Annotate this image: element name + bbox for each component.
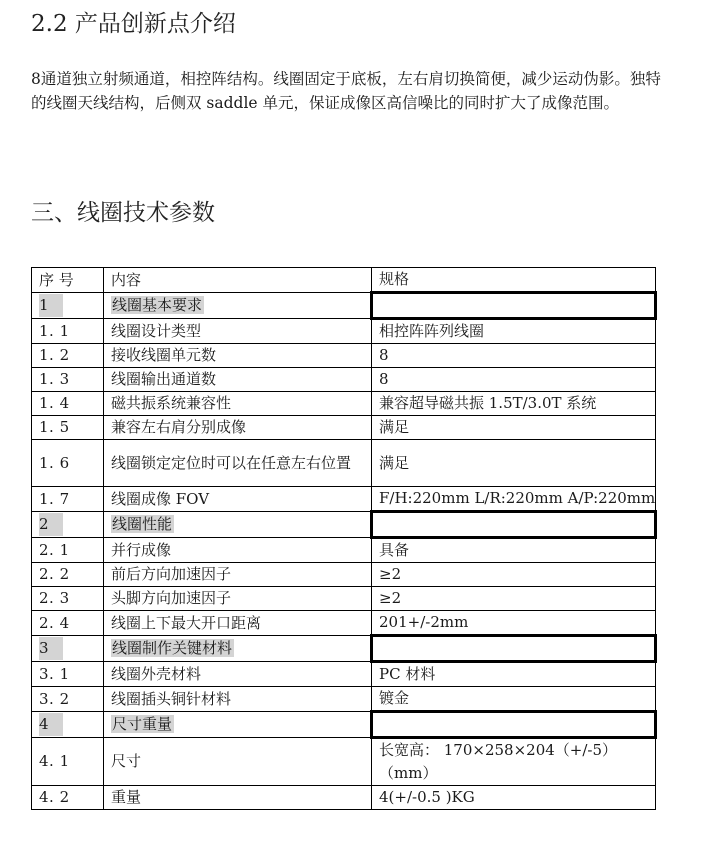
table-row: 3. 1 线圈外壳材料 PC 材料 — [32, 662, 656, 687]
section-title-2-2: 2.2 产品创新点介绍 — [31, 8, 236, 40]
row-content: 线圈上下最大开口距离 — [104, 611, 372, 636]
row-no: 1. 2 — [32, 344, 104, 368]
table-row: 1. 5 兼容左右肩分别成像 满足 — [32, 416, 656, 440]
row-content: 重量 — [104, 786, 372, 810]
table-row: 2. 4 线圈上下最大开口距离 201+/-2mm — [32, 611, 656, 636]
innovation-paragraph: 8通道独立射频通道，相控阵结构。线圈固定于底板，左右肩切换简便，减少运动伪影。独… — [31, 67, 661, 115]
row-spec — [372, 712, 656, 738]
row-content: 尺寸重量 — [104, 712, 372, 738]
row-no: 3. 1 — [32, 662, 104, 687]
header-content: 内容 — [104, 268, 372, 293]
row-spec — [372, 512, 656, 538]
row-no: 1. 3 — [32, 368, 104, 392]
row-no: 1. 6 — [32, 440, 104, 487]
row-no: 1. 5 — [32, 416, 104, 440]
row-content: 线圈成像 FOV — [104, 487, 372, 512]
row-no: 3 — [32, 636, 104, 662]
row-no: 2. 3 — [32, 587, 104, 611]
row-no: 1. 7 — [32, 487, 104, 512]
row-content: 线圈锁定定位时可以在任意左右位置 — [104, 440, 372, 487]
row-content: 线圈输出通道数 — [104, 368, 372, 392]
row-content: 线圈基本要求 — [104, 293, 372, 319]
row-spec: PC 材料 — [372, 662, 656, 687]
header-no: 序 号 — [32, 268, 104, 293]
row-spec: 8 — [372, 344, 656, 368]
row-spec — [372, 636, 656, 662]
table-row: 2. 1 并行成像 具备 — [32, 538, 656, 563]
row-no: 1. 1 — [32, 319, 104, 344]
row-content: 磁共振系统兼容性 — [104, 392, 372, 416]
row-spec: 4(+/-0.5 )KG — [372, 786, 656, 810]
row-spec: ≥2 — [372, 587, 656, 611]
row-spec: 8 — [372, 368, 656, 392]
row-no: 2. 2 — [32, 563, 104, 587]
table-section-row: 3 线圈制作关键材料 — [32, 636, 656, 662]
table-row: 1. 2 接收线圈单元数 8 — [32, 344, 656, 368]
row-spec: 长宽高： 170×258×204（+/-5）（mm） — [372, 738, 656, 786]
table-row: 1. 6 线圈锁定定位时可以在任意左右位置 满足 — [32, 440, 656, 487]
row-spec: 镀金 — [372, 687, 656, 712]
row-no: 1. 4 — [32, 392, 104, 416]
row-no: 4 — [32, 712, 104, 738]
row-no: 2. 4 — [32, 611, 104, 636]
row-no: 4. 2 — [32, 786, 104, 810]
row-content: 并行成像 — [104, 538, 372, 563]
table-row: 4. 2 重量 4(+/-0.5 )KG — [32, 786, 656, 810]
coil-spec-table: 序 号 内容 规格 1 线圈基本要求 1. 1 线圈设计类型 相控阵阵列线圈 1… — [31, 267, 657, 810]
row-content: 线圈设计类型 — [104, 319, 372, 344]
row-spec: 相控阵阵列线圈 — [372, 319, 656, 344]
header-spec: 规格 — [372, 268, 656, 293]
row-no: 1 — [32, 293, 104, 319]
row-content: 前后方向加速因子 — [104, 563, 372, 587]
row-spec: ≥2 — [372, 563, 656, 587]
table-row: 1. 4 磁共振系统兼容性 兼容超导磁共振 1.5T/3.0T 系统 — [32, 392, 656, 416]
table-header-row: 序 号 内容 规格 — [32, 268, 656, 293]
row-spec: 具备 — [372, 538, 656, 563]
table-row: 1. 3 线圈输出通道数 8 — [32, 368, 656, 392]
row-spec — [372, 293, 656, 319]
table-section-row: 1 线圈基本要求 — [32, 293, 656, 319]
row-content: 兼容左右肩分别成像 — [104, 416, 372, 440]
table-row: 2. 2 前后方向加速因子 ≥2 — [32, 563, 656, 587]
row-content: 头脚方向加速因子 — [104, 587, 372, 611]
row-content: 线圈性能 — [104, 512, 372, 538]
table-section-row: 2 线圈性能 — [32, 512, 656, 538]
table-row: 4. 1 尺寸 长宽高： 170×258×204（+/-5）（mm） — [32, 738, 656, 786]
row-spec: F/H:220mm L/R:220mm A/P:220mm — [372, 487, 656, 512]
section-title-3: 三、线圈技术参数 — [31, 196, 215, 230]
row-content: 线圈插头铜针材料 — [104, 687, 372, 712]
row-spec: 兼容超导磁共振 1.5T/3.0T 系统 — [372, 392, 656, 416]
row-no: 3. 2 — [32, 687, 104, 712]
row-content: 线圈外壳材料 — [104, 662, 372, 687]
row-spec: 满足 — [372, 416, 656, 440]
row-no: 4. 1 — [32, 738, 104, 786]
row-content: 尺寸 — [104, 738, 372, 786]
table-row: 3. 2 线圈插头铜针材料 镀金 — [32, 687, 656, 712]
row-content: 接收线圈单元数 — [104, 344, 372, 368]
row-content: 线圈制作关键材料 — [104, 636, 372, 662]
table-row: 1. 1 线圈设计类型 相控阵阵列线圈 — [32, 319, 656, 344]
table-row: 2. 3 头脚方向加速因子 ≥2 — [32, 587, 656, 611]
table-row: 1. 7 线圈成像 FOV F/H:220mm L/R:220mm A/P:22… — [32, 487, 656, 512]
row-spec: 满足 — [372, 440, 656, 487]
table-section-row: 4 尺寸重量 — [32, 712, 656, 738]
row-spec: 201+/-2mm — [372, 611, 656, 636]
row-no: 2 — [32, 512, 104, 538]
row-no: 2. 1 — [32, 538, 104, 563]
